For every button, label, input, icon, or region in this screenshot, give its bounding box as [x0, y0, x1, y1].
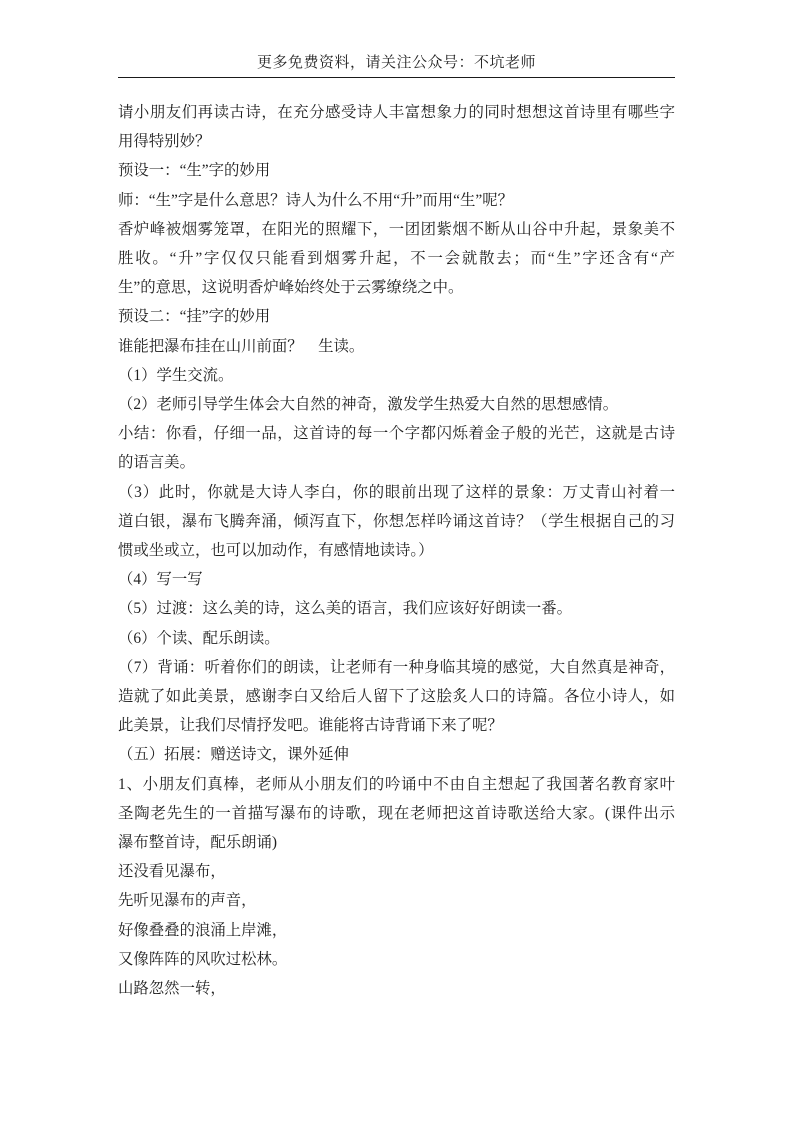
header-divider [118, 77, 675, 78]
text-line: 预设一：“生”字的妙用 [118, 156, 675, 185]
text-line: 预设二：“挂”字的妙用 [118, 302, 675, 331]
text-line: 又像阵阵的风吹过松林。 [118, 945, 675, 974]
text-line: 山路忽然一转， [118, 974, 675, 1003]
text-line: （1）学生交流。 [118, 361, 675, 390]
text-line: （4）写一写 [118, 565, 675, 594]
text-line: 的语言美。 [118, 448, 675, 477]
text-line: （5）过渡：这么美的诗，这么美的语言，我们应该好好朗读一番。 [118, 594, 675, 623]
text-line: （3）此时，你就是大诗人李白，你的眼前出现了这样的景象：万丈青山衬着一 [118, 478, 675, 507]
text-line: 胜收。“升”字仅仅只能看到烟雾升起，不一会就散去；而“生”字还含有“产 [118, 244, 675, 273]
text-line: 道白银，瀑布飞腾奔涌，倾泻直下，你想怎样吟诵这首诗？（学生根据自己的习 [118, 507, 675, 536]
text-line: 1、小朋友们真棒，老师从小朋友们的吟诵中不由自主想起了我国著名教育家叶 [118, 770, 675, 799]
text-line: （6）个读、配乐朗读。 [118, 624, 675, 653]
text-line: 好像叠叠的浪涌上岸滩， [118, 916, 675, 945]
text-line: 还没看见瀑布， [118, 857, 675, 886]
text-line: 此美景，让我们尽情抒发吧。谁能将古诗背诵下来了呢？ [118, 711, 675, 740]
text-line: 先听见瀑布的声音， [118, 886, 675, 915]
text-line: 谁能把瀑布挂在山川前面？ 生读。 [118, 332, 675, 361]
text-line: 圣陶老先生的一首描写瀑布的诗歌，现在老师把这首诗歌送给大家。(课件出示 [118, 799, 675, 828]
text-line: （7）背诵：听着你们的朗读，让老师有一种身临其境的感觉，大自然真是神奇， [118, 653, 675, 682]
document-body: 请小朋友们再读古诗，在充分感受诗人丰富想象力的同时想想这首诗里有哪些字用得特别妙… [118, 98, 675, 1003]
text-line: 请小朋友们再读古诗，在充分感受诗人丰富想象力的同时想想这首诗里有哪些字 [118, 98, 675, 127]
text-line: （五）拓展：赠送诗文，课外延伸 [118, 740, 675, 769]
text-line: （2）老师引导学生体会大自然的神奇，激发学生热爱大自然的思想感情。 [118, 390, 675, 419]
text-line: 小结：你看，仔细一品，这首诗的每一个字都闪烁着金子般的光芒，这就是古诗 [118, 419, 675, 448]
header-note: 更多免费资料，请关注公众号：不坑老师 [118, 53, 675, 73]
text-line: 瀑布整首诗，配乐朗诵) [118, 828, 675, 857]
text-line: 香炉峰被烟雾笼罩，在阳光的照耀下，一团团紫烟不断从山谷中升起，景象美不 [118, 215, 675, 244]
text-line: 用得特别妙？ [118, 127, 675, 156]
text-line: 造就了如此美景，感谢李白又给后人留下了这脍炙人口的诗篇。各位小诗人，如 [118, 682, 675, 711]
text-line: 生”的意思，这说明香炉峰始终处于云雾缭绕之中。 [118, 273, 675, 302]
text-line: 惯或坐或立，也可以加动作，有感情地读诗。） [118, 536, 675, 565]
document-page: 更多免费资料，请关注公众号：不坑老师 请小朋友们再读古诗，在充分感受诗人丰富想象… [0, 0, 793, 1122]
text-line: 师：“生”字是什么意思？诗人为什么不用“升”而用“生”呢？ [118, 186, 675, 215]
